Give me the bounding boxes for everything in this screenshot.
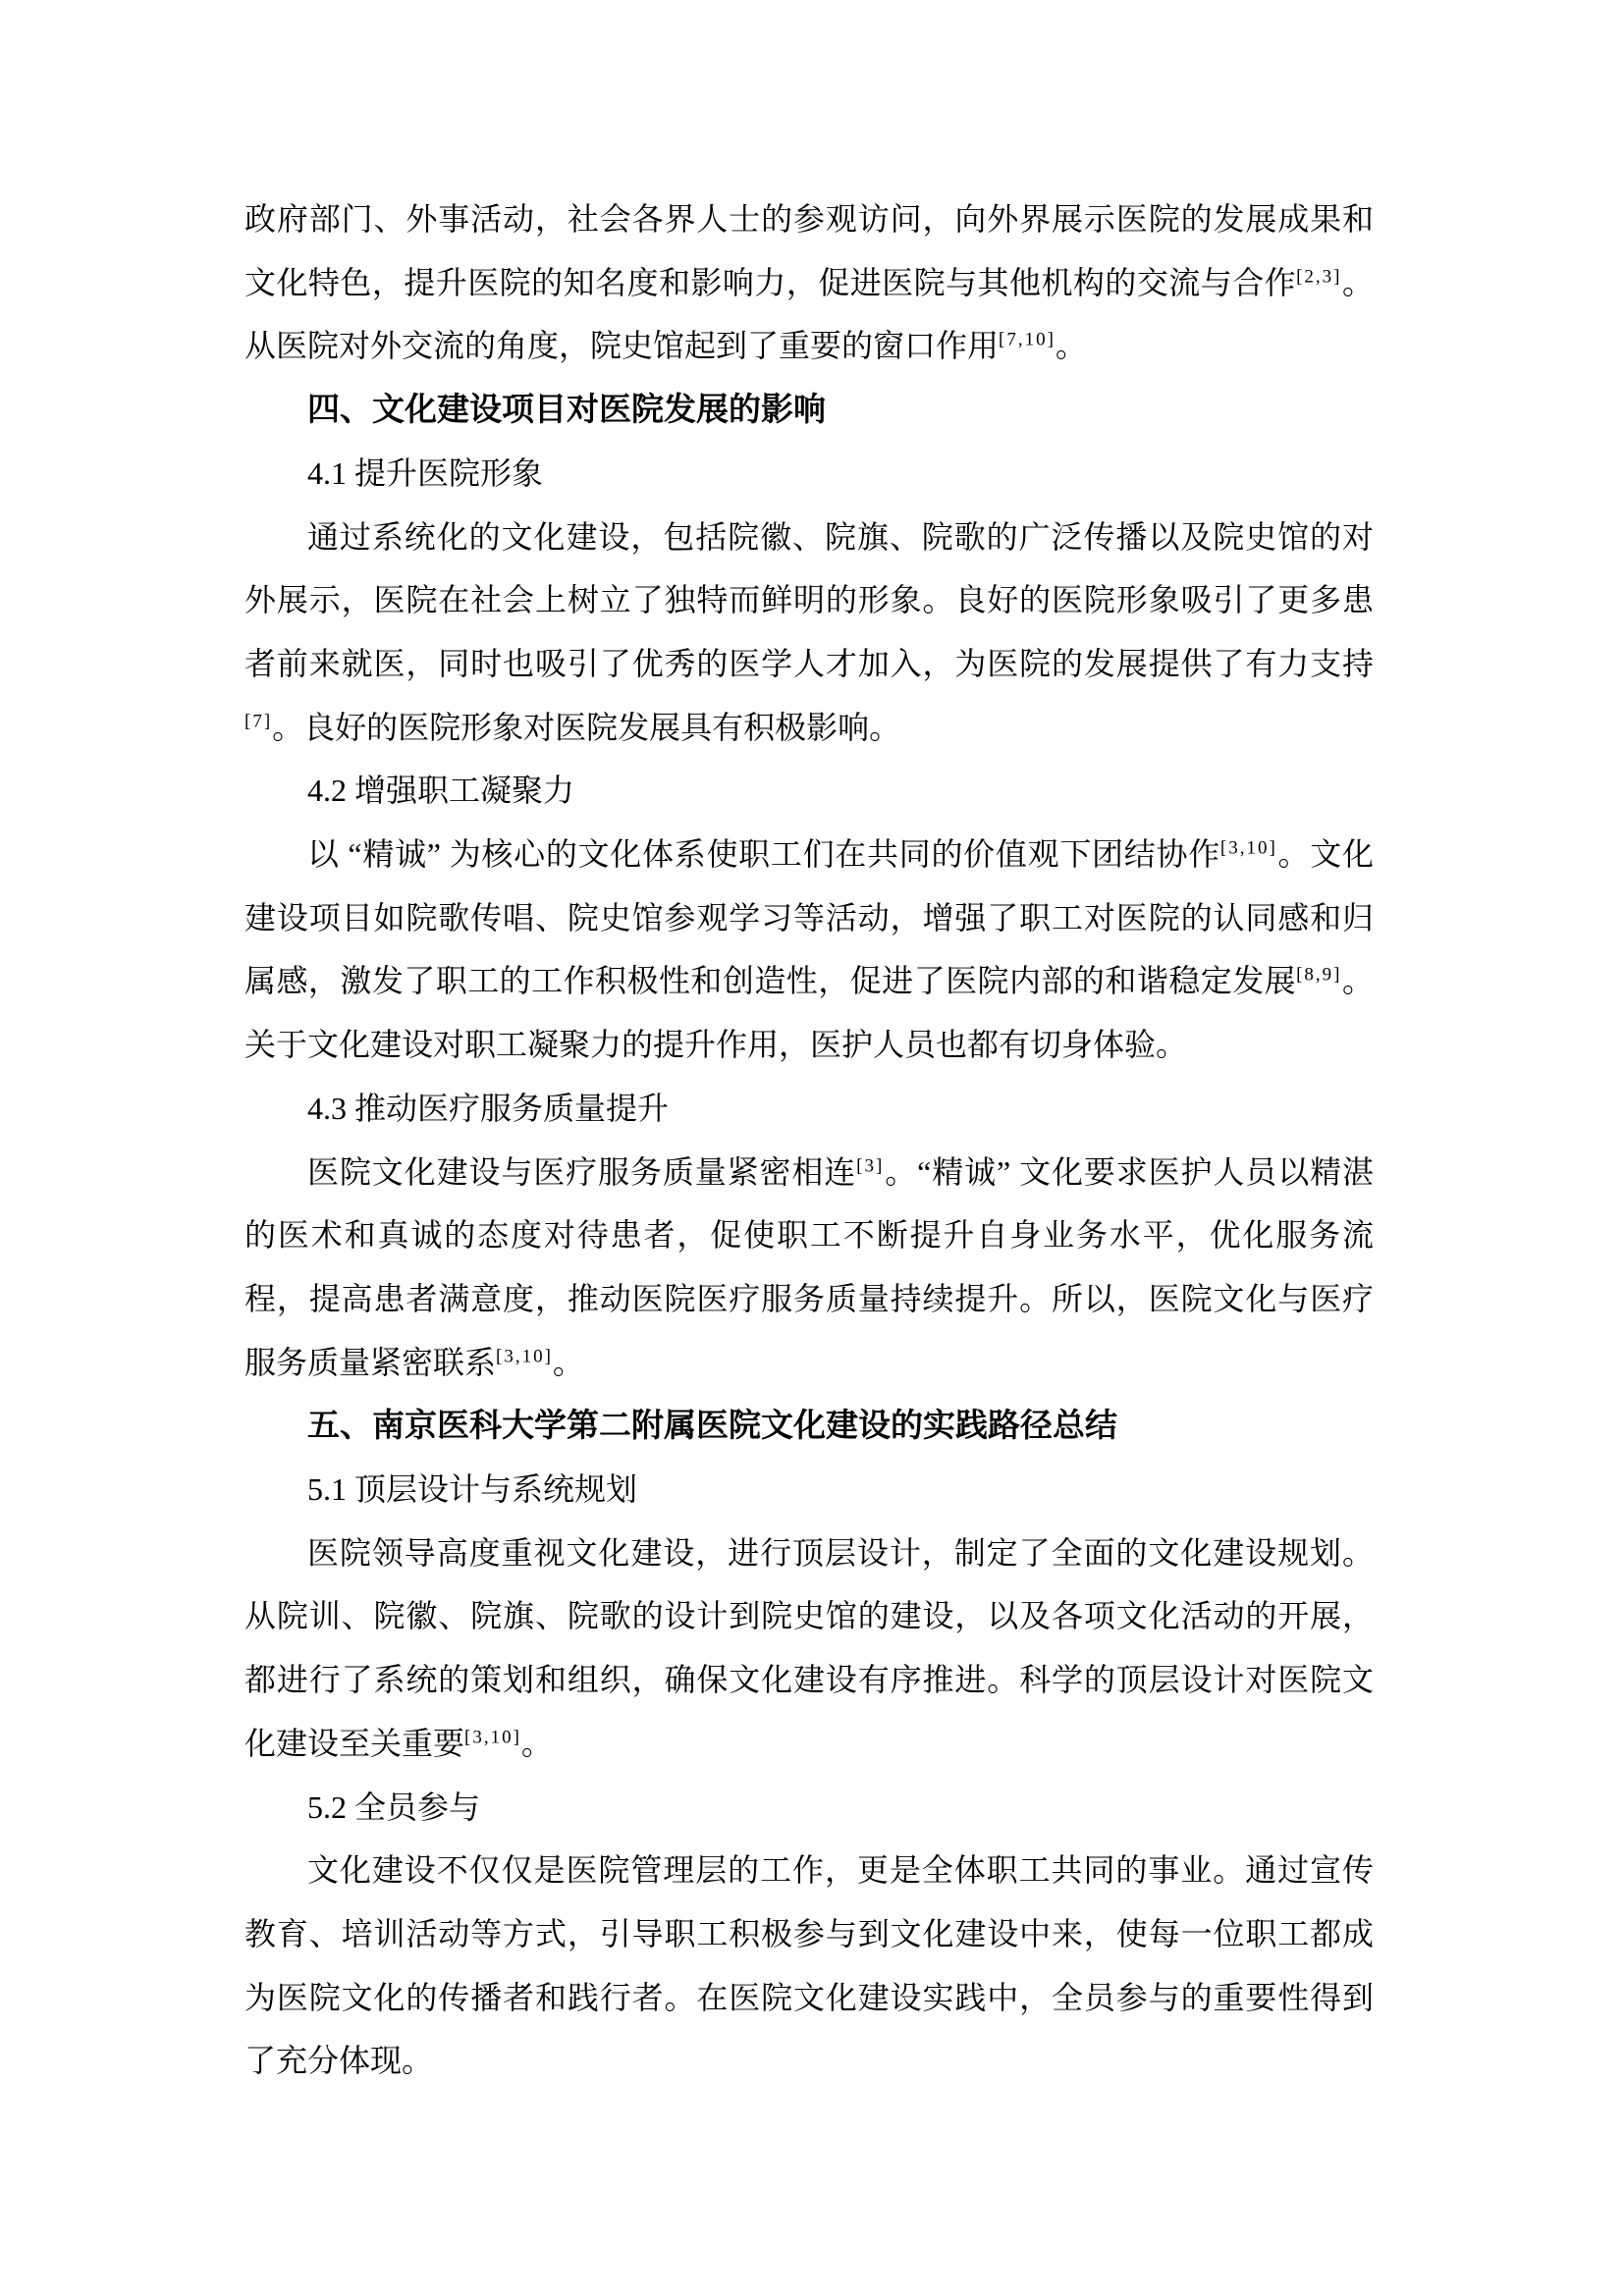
- text-run: 医院领导高度重视文化建设，进行顶层设计，制定了全面的文化建设规划。从院训、院徽、…: [244, 1535, 1374, 1761]
- paragraph-top-level-design: 医院领导高度重视文化建设，进行顶层设计，制定了全面的文化建设规划。从院训、院徽、…: [244, 1522, 1374, 1776]
- citation-reference: [3]: [856, 1155, 884, 1176]
- subsection-heading-4-1: 4.1 提升医院形象: [244, 442, 1374, 506]
- citation-reference: [7]: [244, 711, 272, 731]
- text-run: 政府部门、外事活动，社会各界人士的参观访问，向外界展示医院的发展成果和文化特色，…: [244, 201, 1374, 300]
- citation-reference: [3,10]: [1220, 837, 1277, 858]
- text-run: 医院文化建设与医疗服务质量紧密相连: [307, 1154, 856, 1190]
- subsection-heading-5-1: 5.1 顶层设计与系统规划: [244, 1458, 1374, 1522]
- citation-reference: [7,10]: [999, 330, 1056, 350]
- text-run: 。: [1056, 328, 1087, 363]
- section-heading-5: 五、南京医科大学第二附属医院文化建设的实践路径总结: [244, 1394, 1374, 1458]
- citation-reference: [8,9]: [1296, 965, 1341, 986]
- paragraph-hospital-image: 通过系统化的文化建设，包括院徽、院旗、院歌的广泛传播以及院史馆的对外展示，医院在…: [244, 506, 1374, 760]
- text-run: 文化建设不仅仅是医院管理层的工作，更是全体职工共同的事业。通过宣传教育、培训活动…: [244, 1852, 1374, 2078]
- document-page: 政府部门、外事活动，社会各界人士的参观访问，向外界展示医院的发展成果和文化特色，…: [0, 0, 1624, 2296]
- paragraph-full-participation: 文化建设不仅仅是医院管理层的工作，更是全体职工共同的事业。通过宣传教育、培训活动…: [244, 1839, 1374, 2093]
- text-run: 以 “精诚” 为核心的文化体系使职工们在共同的价值观下团结协作: [307, 836, 1220, 872]
- citation-reference: [2,3]: [1296, 266, 1341, 287]
- subsection-heading-4-2: 4.2 增强职工凝聚力: [244, 759, 1374, 823]
- paragraph-staff-cohesion: 以 “精诚” 为核心的文化体系使职工们在共同的价值观下团结协作[3,10]。文化…: [244, 823, 1374, 1077]
- text-run: 通过系统化的文化建设，包括院徽、院旗、院歌的广泛传播以及院史馆的对外展示，医院在…: [244, 519, 1374, 681]
- document-content: 政府部门、外事活动，社会各界人士的参观访问，向外界展示医院的发展成果和文化特色，…: [244, 187, 1374, 2093]
- paragraph-window-role: 政府部门、外事活动，社会各界人士的参观访问，向外界展示医院的发展成果和文化特色，…: [244, 187, 1374, 378]
- section-heading-4: 四、文化建设项目对医院发展的影响: [244, 378, 1374, 442]
- subsection-heading-5-2: 5.2 全员参与: [244, 1776, 1374, 1840]
- citation-reference: [3,10]: [464, 1727, 521, 1747]
- text-run: 。: [521, 1726, 553, 1761]
- text-run: 。良好的医院形象对医院发展具有积极影响。: [272, 710, 900, 745]
- text-run: 。: [553, 1345, 584, 1380]
- citation-reference: [3,10]: [496, 1346, 553, 1366]
- subsection-heading-4-3: 4.3 推动医疗服务质量提升: [244, 1077, 1374, 1141]
- paragraph-service-quality: 医院文化建设与医疗服务质量紧密相连[3]。“精诚” 文化要求医护人员以精湛的医术…: [244, 1141, 1374, 1395]
